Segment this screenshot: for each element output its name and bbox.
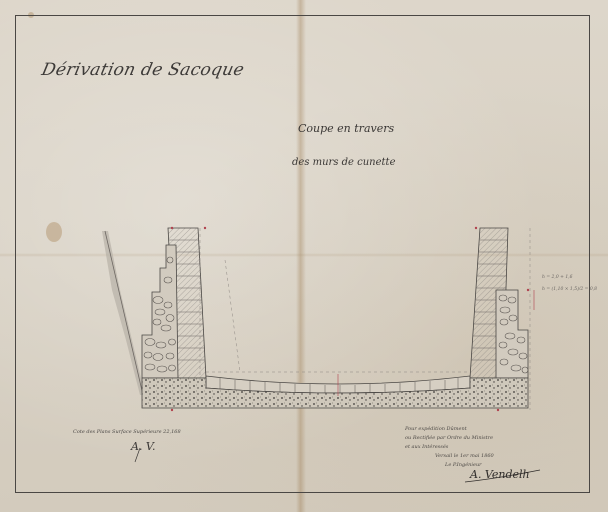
left-earth-slope bbox=[102, 231, 145, 395]
right-wall bbox=[470, 228, 528, 378]
right-note: Pour expédition Dûment ou Rectifiée par … bbox=[405, 425, 494, 470]
side-annotation-line: h = 2,0 + 1,6 bbox=[542, 272, 597, 284]
left-signature: A. V. bbox=[131, 440, 155, 453]
right-signature: A. Vendelh bbox=[470, 468, 530, 481]
side-annotation: h = 2,0 + 1,6 h = (1,10 × 1,5)/2 = 0,8 bbox=[542, 272, 597, 296]
right-note-line: ou Rectifiée par Ordre du Ministre bbox=[405, 434, 494, 443]
left-note: Cote des Plans Surface Supérieure 22,168 bbox=[73, 429, 181, 435]
side-annotation-line: h = (1,10 × 1,5)/2 = 0,8 bbox=[542, 284, 597, 296]
left-wall bbox=[142, 228, 206, 378]
right-note-line: et aux Intéressés bbox=[405, 443, 494, 452]
right-note-line: Pour expédition Dûment bbox=[405, 425, 494, 434]
right-note-line: Versail le 1er mai 1860 bbox=[405, 452, 494, 461]
channel-floor bbox=[142, 376, 528, 408]
cross-section-drawing bbox=[0, 0, 608, 512]
paper-sheet: Dérivation de Sacoque Coupe en travers d… bbox=[0, 0, 608, 512]
